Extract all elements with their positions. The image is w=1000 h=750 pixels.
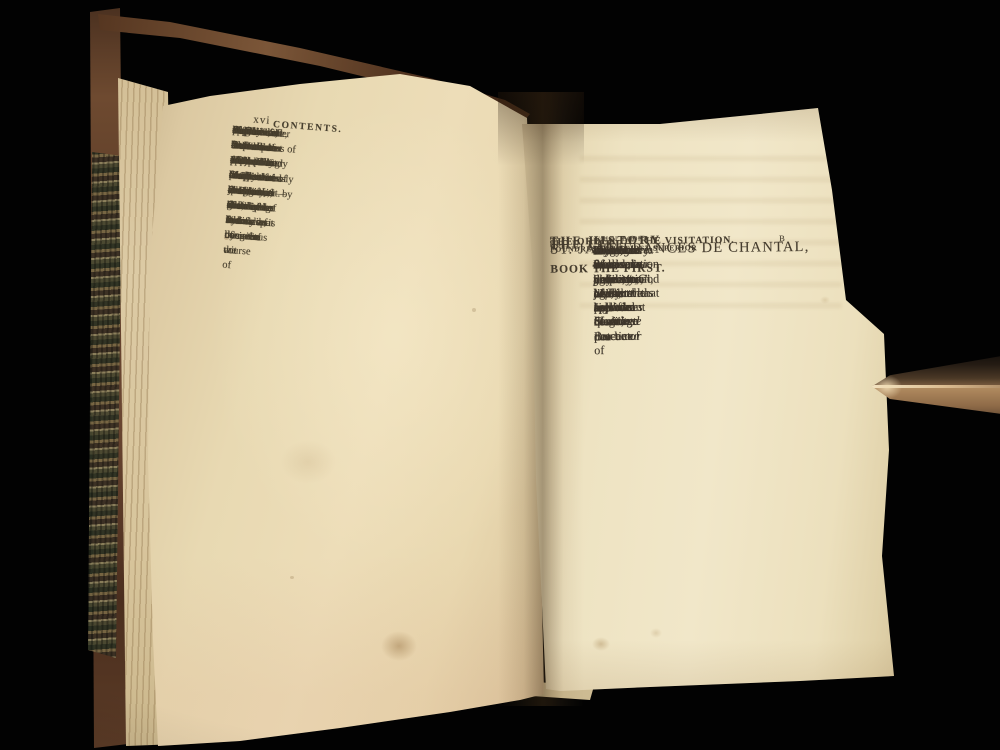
page-footer: VOL. I. BOOK I. B (593, 233, 887, 248)
foxing-spot (820, 296, 830, 304)
foxing-spot (650, 628, 662, 638)
foxing-spot (472, 308, 476, 312)
page-stain (381, 631, 417, 661)
left-page (140, 60, 552, 750)
foxing-spot (290, 576, 294, 579)
right-page (520, 100, 900, 700)
page-stain (592, 637, 610, 651)
page-stain (280, 440, 336, 484)
page-turner-blade (872, 350, 1000, 420)
signature-mark: B (779, 233, 785, 243)
text-segment: any consideration before God ;” but that… (593, 243, 659, 315)
book-photograph: xvi CONTENTS. Visitation—Motives of the … (0, 0, 1000, 750)
volume-footer: VOL. I. BOOK I. (595, 236, 651, 244)
text-line: which she executes the orders of obedien… (227, 123, 277, 201)
